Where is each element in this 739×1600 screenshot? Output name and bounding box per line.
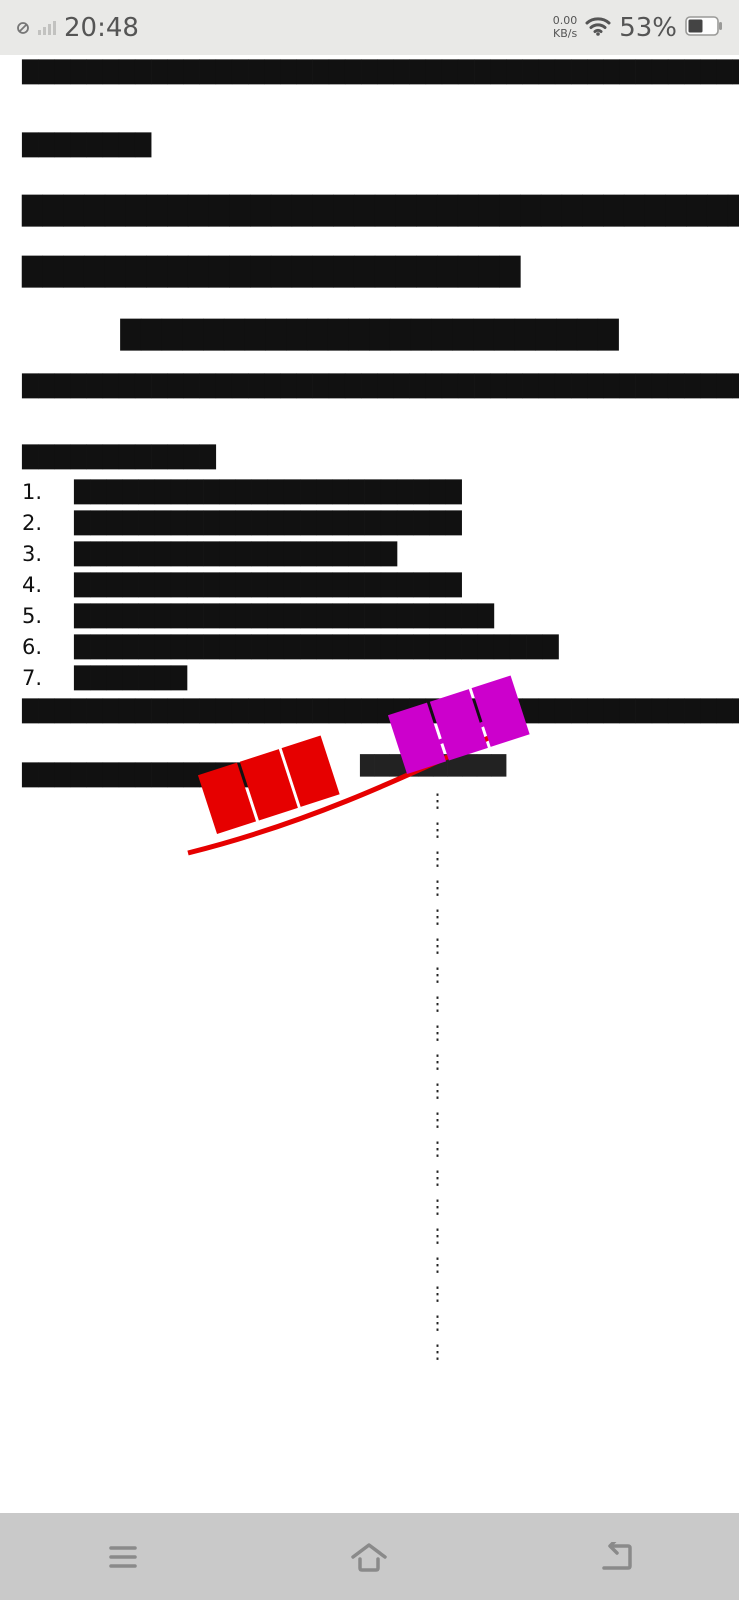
menu-icon	[106, 1543, 140, 1571]
home-icon	[350, 1541, 388, 1573]
document-body: ████████████████████████████████████████…	[0, 55, 739, 1513]
list-item: 6.██████████████████████████████	[22, 632, 717, 663]
redacted-paragraph: ████████████████████████	[22, 318, 717, 353]
back-button[interactable]	[571, 1527, 661, 1587]
battery-percent: 53%	[619, 13, 677, 43]
redacted-paragraph: ████████████████████████	[22, 255, 717, 290]
list-item: 7.███████	[22, 663, 717, 694]
mute-icon	[16, 21, 30, 35]
list-item: 4.████████████████████████	[22, 570, 717, 601]
redacted-paragraph: ████████████████████████████████████████…	[22, 194, 717, 229]
home-button[interactable]	[324, 1527, 414, 1587]
redacted-paragraph: ████████	[22, 132, 717, 159]
menu-button[interactable]	[78, 1527, 168, 1587]
back-icon	[599, 1542, 633, 1572]
list-item: 3.████████████████████	[22, 539, 717, 570]
network-speed-unit: KB/s	[553, 27, 577, 40]
network-speed: 0.00 KB/s	[553, 15, 578, 40]
scroll-down-dots: ⋮ ⋮ ⋮ ⋮ ⋮ ⋮ ⋮ ⋮ ⋮ ⋮ ⋮ ⋮ ⋮ ⋮ ⋮ ⋮ ⋮ ⋮ ⋮ ⋮	[428, 787, 447, 1367]
watermark-stamp: ███	[199, 736, 343, 834]
android-nav-bar	[0, 1513, 739, 1600]
status-time: 20:48	[64, 13, 139, 43]
wifi-icon	[585, 16, 611, 40]
redacted-paragraph: ████████████████████████████████████████…	[22, 373, 717, 400]
redacted-paragraph: ████████████████████████████████████████…	[22, 59, 717, 86]
redacted-paragraph: ████████████████████████████████████████…	[22, 698, 717, 725]
phone-screen: 20:48 0.00 KB/s 53%	[0, 0, 739, 1600]
signal-bars-icon	[38, 21, 56, 35]
network-speed-value: 0.00	[553, 14, 578, 27]
redacted-numbered-list: 1.████████████████████████ 2.███████████…	[22, 477, 717, 694]
list-item: 5.██████████████████████████	[22, 601, 717, 632]
list-item: 2.████████████████████████	[22, 508, 717, 539]
status-bar: 20:48 0.00 KB/s 53%	[0, 0, 739, 55]
redacted-list-heading: ████████████	[22, 444, 717, 471]
list-item: 1.████████████████████████	[22, 477, 717, 508]
battery-icon	[685, 16, 723, 40]
